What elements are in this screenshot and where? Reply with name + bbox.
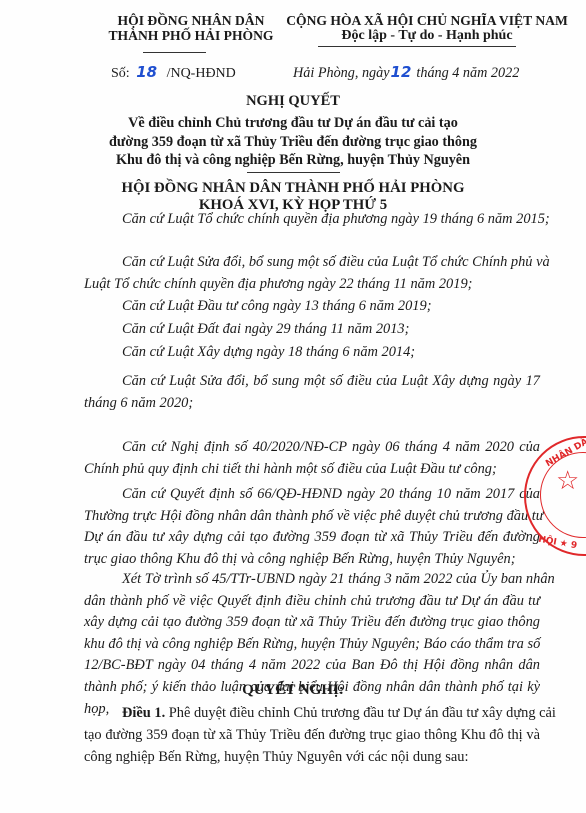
handwritten-day: 12	[391, 63, 412, 81]
preamble-item-8-line-2: Thường trực Hội đồng nhân dân thành phố …	[84, 506, 540, 527]
preamble-item-9-line-4: khu đô thị và công nghiệp Bến Rừng, huyệ…	[84, 634, 540, 655]
preamble-item-7-line-2: Chính phủ quy định chi tiết thi hành một…	[84, 459, 540, 480]
date-suffix: tháng 4 năm 2022	[416, 65, 519, 81]
preamble-item-4-line-1: Căn cứ Luật Đất đai ngày 29 tháng 11 năm…	[84, 319, 540, 340]
document-number: Số: 18 /NQ-HĐND	[111, 63, 236, 82]
preamble-item-8-line-1: Căn cứ Quyết định số 66/QĐ-HĐND ngày 20 …	[84, 484, 540, 505]
preamble-item-9-line-1: Xét Tờ trình số 45/TTr-UBND ngày 21 thán…	[84, 569, 540, 590]
org-name-line1: HỘI ĐỒNG NHÂN DÂN	[98, 13, 284, 29]
preamble-item-2-line-1: Căn cứ Luật Sửa đổi, bổ sung một số điều…	[84, 252, 540, 273]
document-page: HỘI ĐỒNG NHÂN DÂN THÀNH PHỐ HẢI PHÒNG Số…	[0, 0, 586, 813]
national-title: CỘNG HÒA XÃ HỘI CHỦ NGHĨA VIỆT NAM	[268, 13, 586, 29]
preamble-item-8-line-3: Dự án đầu tư xây dựng cải tạo đường 359 …	[84, 527, 540, 548]
seal-star-icon: ☆	[556, 468, 579, 494]
preamble-item-9-line-3: xây dựng cải tạo đường 359 đoạn từ xã Th…	[84, 612, 540, 633]
preamble-item-5-line-1: Căn cứ Luật Xây dựng ngày 18 tháng 6 năm…	[84, 342, 540, 363]
preamble-item-7-line-1: Căn cứ Nghị định số 40/2020/NĐ-CP ngày 0…	[84, 437, 540, 458]
preamble-item-3-line-1: Căn cứ Luật Đầu tư công ngày 13 tháng 6 …	[84, 296, 540, 317]
org-underline	[143, 52, 206, 53]
preamble-item-6-line-2: tháng 6 năm 2020;	[84, 393, 540, 414]
national-motto: Độc lập - Tự do - Hạnh phúc	[268, 28, 586, 44]
decision-heading: QUYẾT NGHỊ:	[0, 682, 586, 699]
motto-underline	[318, 46, 516, 47]
preamble-item-9-line-2: dân thành phố về việc Quyết định điều ch…	[84, 591, 540, 612]
subject-line-1: Về điều chỉnh Chủ trương đầu tư Dự án đầ…	[0, 114, 586, 133]
preamble-item-2-line-2: Luật Tổ chức chính quyền địa phương ngày…	[84, 274, 540, 295]
preamble-item-8-line-4: trục giao thông Khu đô thị và công nghiệ…	[84, 549, 540, 570]
org-name-line2: THÀNH PHỐ HẢI PHÒNG	[92, 28, 290, 44]
issue-date: Hải Phòng, ngày12tháng 4 năm 2022	[293, 63, 519, 82]
subject-line-3: Khu đô thị và công nghiệp Bến Rừng, huyệ…	[0, 151, 586, 170]
preamble-item-1-line-1: Căn cứ Luật Tổ chức chính quyền địa phươ…	[84, 209, 540, 230]
preamble-item-9-line-5: 12/BC-BĐT ngày 04 tháng 4 năm 2022 của B…	[84, 655, 540, 676]
date-prefix: Hải Phòng, ngày	[293, 65, 390, 81]
subject-underline	[247, 172, 340, 173]
number-prefix: Số:	[111, 66, 130, 81]
issuer-line-1: HỘI ĐỒNG NHÂN DÂN THÀNH PHỐ HẢI PHÒNG	[0, 180, 586, 197]
number-suffix: /NQ-HĐND	[167, 66, 236, 81]
article1-line-2: tạo đường 359 đoạn từ xã Thủy Triều đến …	[84, 725, 540, 746]
article1-line-1: Điều 1. Phê duyệt điều chỉnh Chủ trương …	[84, 703, 540, 724]
article1-line-3: công nghiệp Bến Rừng, huyện Thủy Nguyên …	[84, 747, 540, 768]
doc-type-title: NGHỊ QUYẾT	[0, 93, 586, 110]
preamble-item-6-line-1: Căn cứ Luật Sửa đổi, bổ sung một số điều…	[84, 371, 540, 392]
handwritten-number: 18	[136, 63, 157, 81]
subject-line-2: đường 359 đoạn từ xã Thủy Triều đến đườn…	[0, 133, 586, 152]
article1-text-1: Phê duyệt điều chỉnh Chủ trương đầu tư D…	[169, 705, 556, 721]
article1-label: Điều 1.	[122, 705, 165, 721]
seal-text-bottom: HỘI ★ 9	[537, 535, 577, 552]
